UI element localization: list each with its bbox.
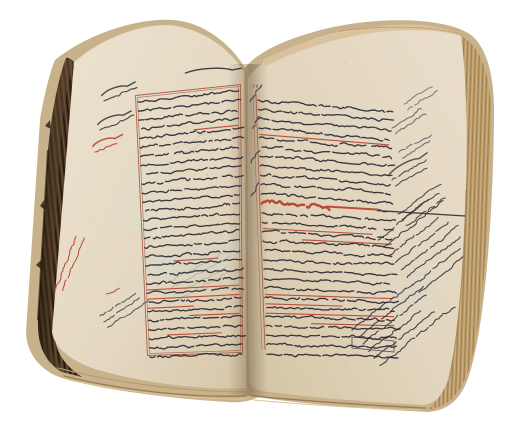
left-folio-mark: ١٠٩: [81, 25, 95, 36]
book-illustration: ١٠٩ ١٧٠: [0, 0, 510, 437]
manuscript-photo: ١٠٩ ١٧٠: [0, 0, 510, 437]
right-folio-mark: ١٧٠: [252, 83, 262, 90]
